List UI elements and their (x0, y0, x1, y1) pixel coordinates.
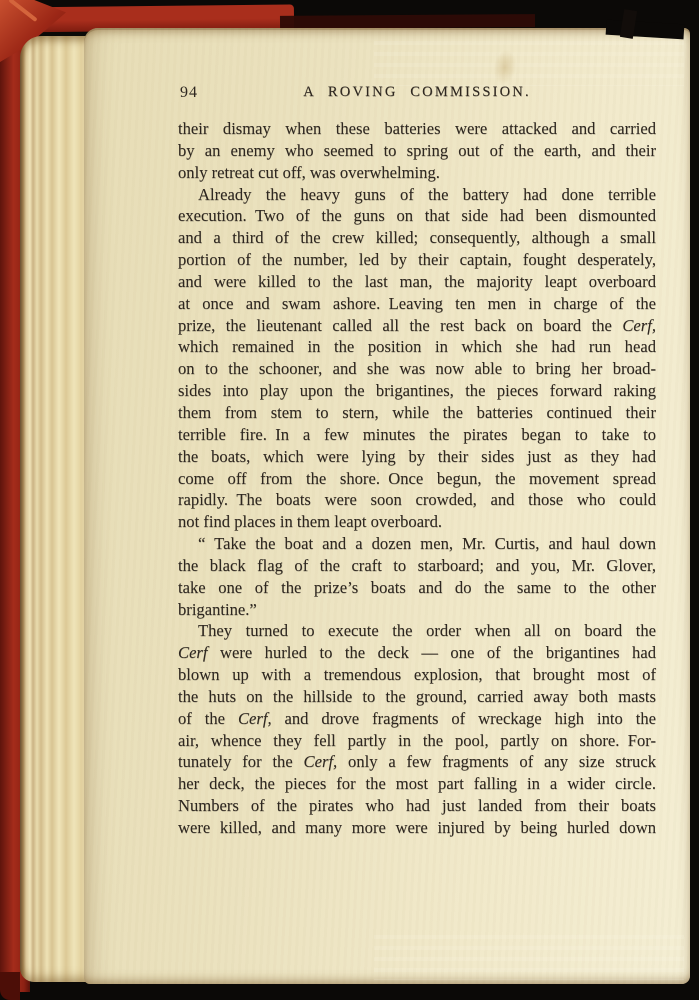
text-line: portion of the number, led by their capt… (178, 249, 656, 271)
text-line: the huts on the hillside to the ground, … (178, 686, 656, 708)
text-line: their dismay when these batteries were a… (178, 118, 656, 140)
page-edges-left (20, 36, 86, 982)
text-line: at once and swam ashore. Leaving ten men… (178, 293, 656, 315)
text-line: which remained in the position in which … (178, 336, 656, 358)
text-line: blown up with a tremendous explosion, th… (178, 664, 656, 686)
text-line: prize, the lieutenant called all the res… (178, 315, 656, 337)
text-line: take one of the prize’s boats and do the… (178, 577, 656, 599)
text-line: Already the heavy guns of the battery ha… (178, 184, 656, 206)
scan-streaks-top (374, 34, 684, 86)
text-line: execution. Two of the guns on that side … (178, 205, 656, 227)
text-line: brigantine.” (178, 599, 656, 621)
book-cover-bottom-left (0, 972, 20, 1000)
text-line: sides into play upon the brigantines, th… (178, 380, 656, 402)
text-line: by an enemy who seemed to spring out of … (178, 140, 656, 162)
text-line: the black flag of the craft to starboard… (178, 555, 656, 577)
text-line: only retreat cut off, was overwhelming. (178, 162, 656, 184)
running-title: A ROVING COMMISSION. (178, 84, 656, 101)
book-page: 94 A ROVING COMMISSION. their dismay whe… (84, 28, 690, 984)
text-line: not find places in them leapt overboard. (178, 511, 656, 533)
book-cover-top-shadow (280, 14, 535, 29)
text-line: them from stem to stern, while the batte… (178, 402, 656, 424)
text-line: the boats, which were lying by their sid… (178, 446, 656, 468)
text-line: and were killed to the last man, the maj… (178, 271, 656, 293)
text-line: Numbers of the pirates who had just land… (178, 795, 656, 817)
text-line: air, whence they fell partly in the pool… (178, 730, 656, 752)
text-line: Cerf were hurled to the deck — one of th… (178, 642, 656, 664)
text-line: her deck, the pieces for the most part f… (178, 773, 656, 795)
book-photo: 94 A ROVING COMMISSION. their dismay whe… (0, 0, 699, 1000)
text-line: rapidly. The boats were soon crowded, an… (178, 489, 656, 511)
text-line: of the Cerf, and drove fragments of wrec… (178, 708, 656, 730)
text-line: and a third of the crew killed; conseque… (178, 227, 656, 249)
text-line: They turned to execute the order when al… (178, 620, 656, 642)
text-line: on to the schooner, and she was now able… (178, 358, 656, 380)
text-line: come off from the shore. Once begun, the… (178, 468, 656, 490)
text-line: tunately for the Cerf, only a few fragme… (178, 751, 656, 773)
page-number: 94 (180, 84, 198, 102)
page-header: 94 A ROVING COMMISSION. (178, 84, 656, 104)
scan-streaks-bottom (374, 928, 684, 980)
text-line: terrible fire. In a few minutes the pira… (178, 424, 656, 446)
text-line: “ Take the boat and a dozen men, Mr. Cur… (178, 533, 656, 555)
text-line: were killed, and many more were injured … (178, 817, 656, 839)
text-block: their dismay when these batteries were a… (178, 118, 656, 839)
